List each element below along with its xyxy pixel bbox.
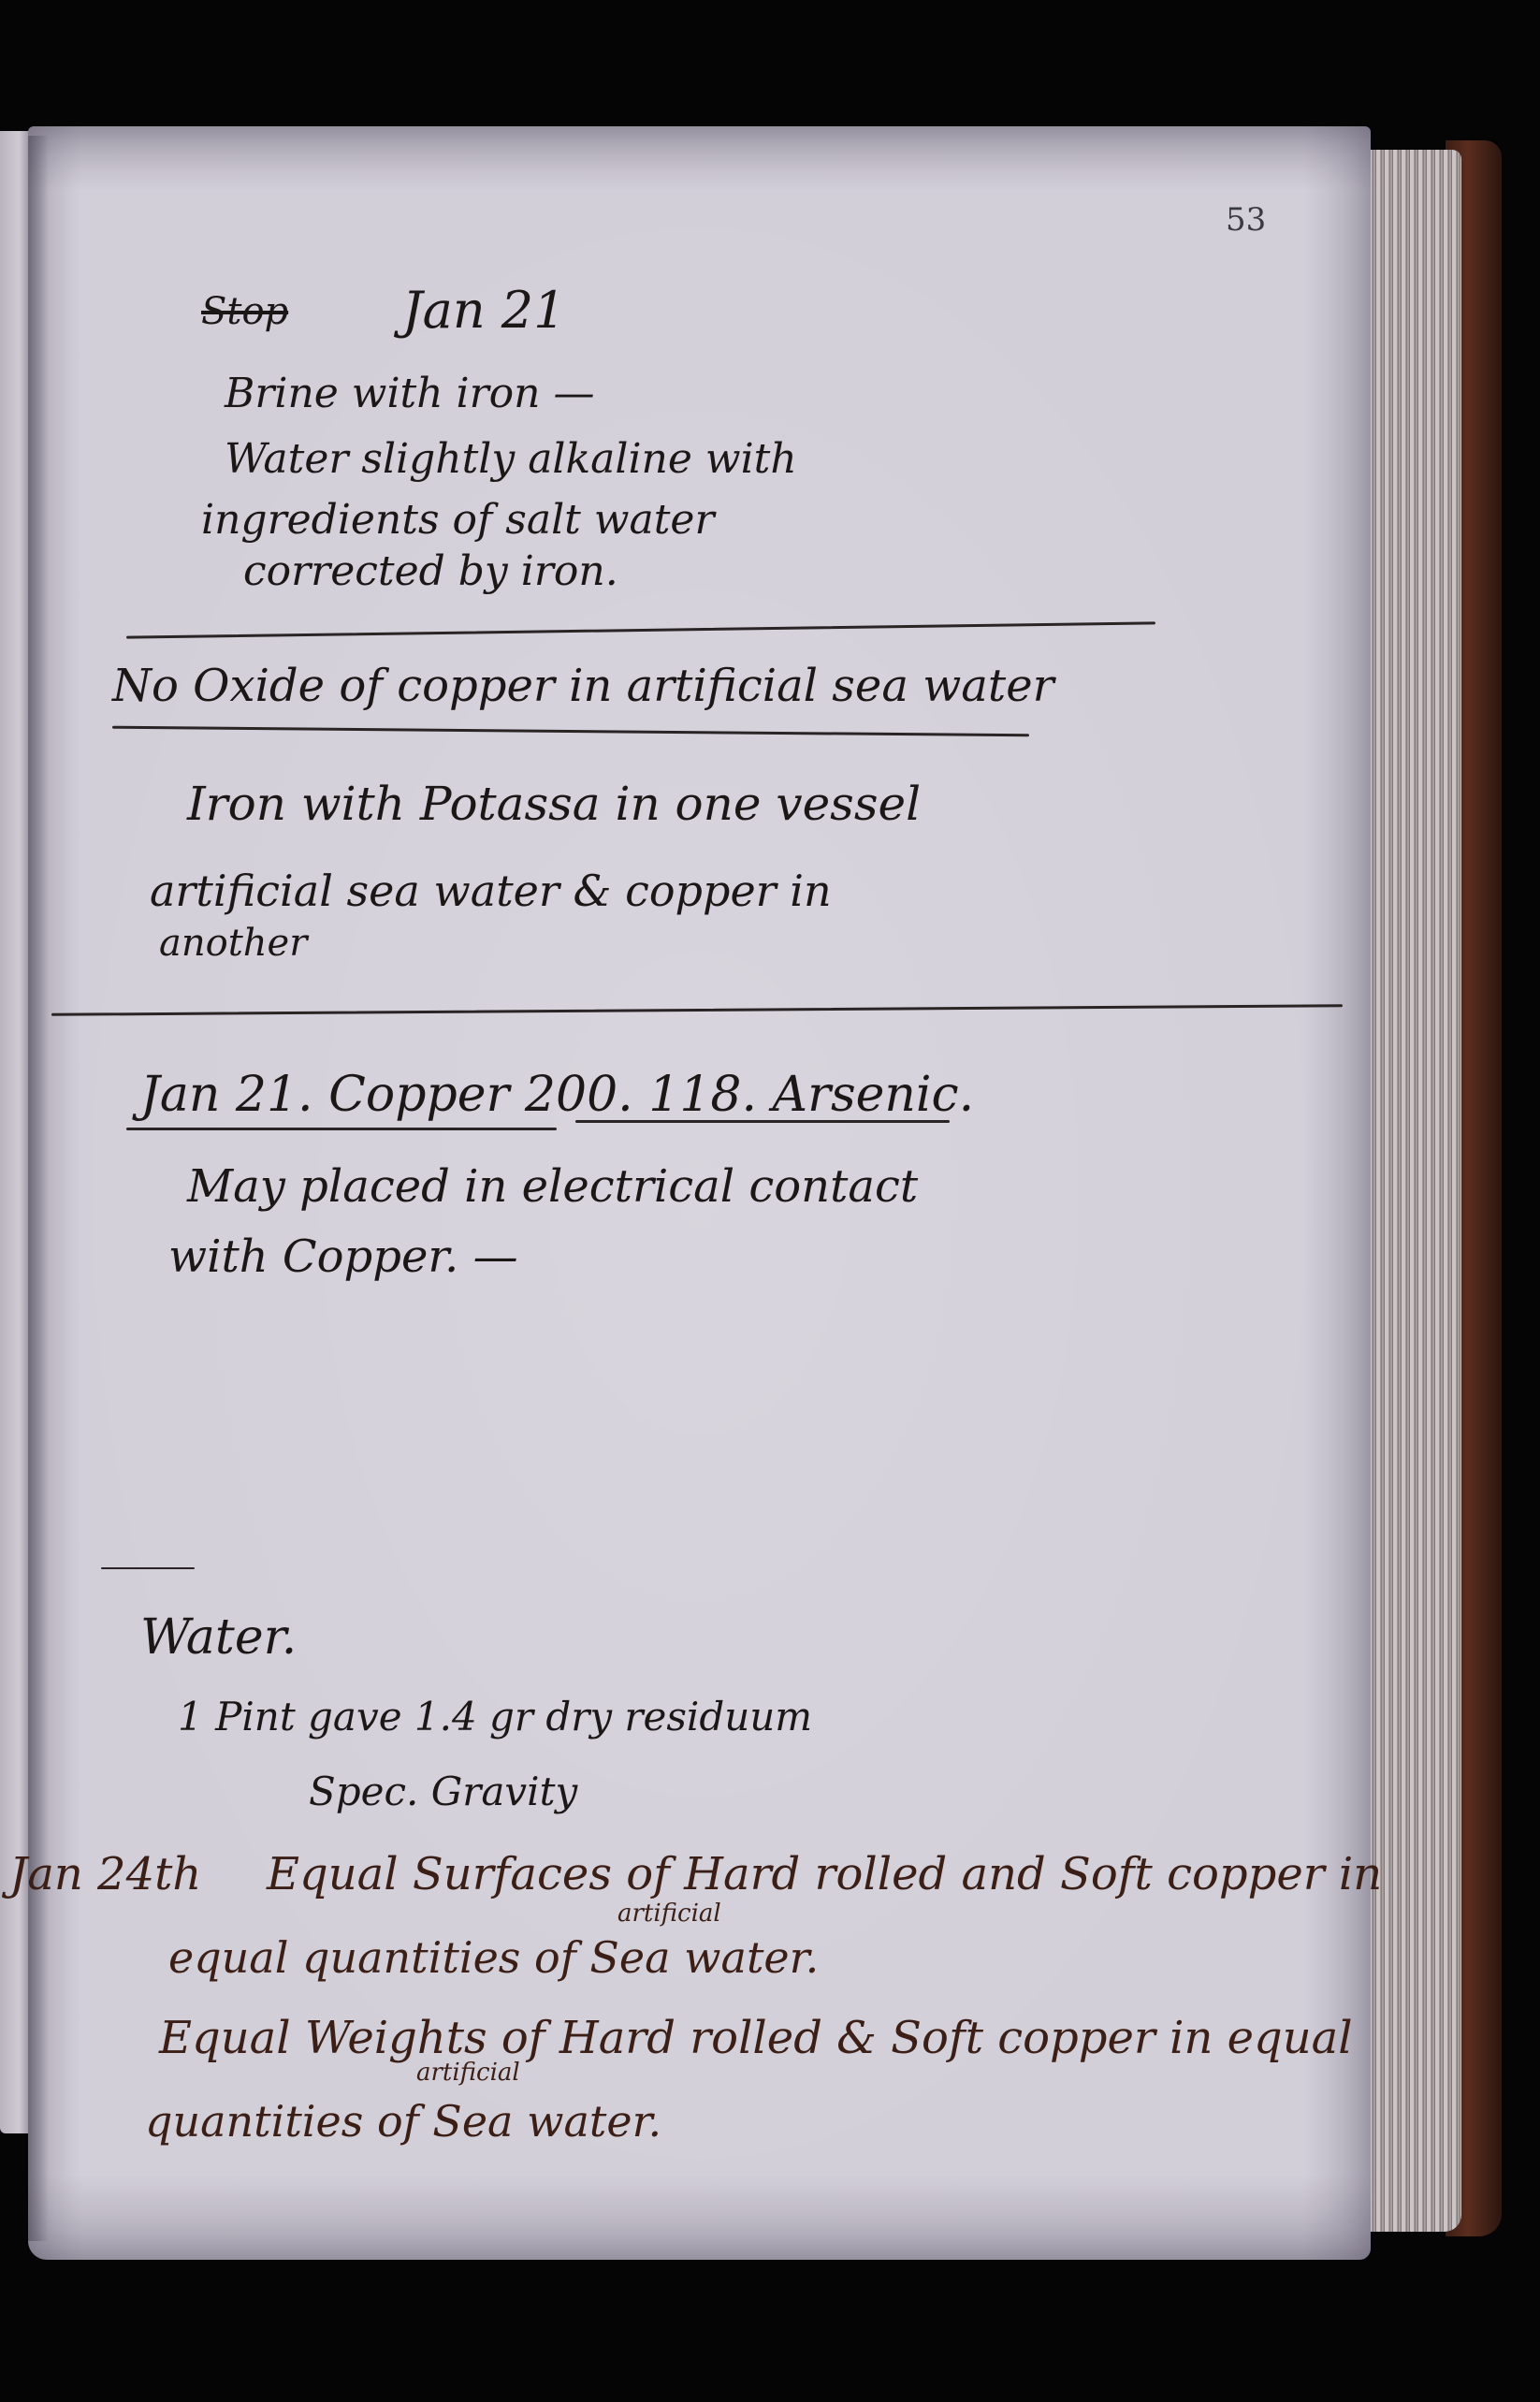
entry2-line: artificial sea water & copper in — [150, 866, 832, 916]
entry2-line: Iron with Potassa in one vessel — [187, 777, 921, 831]
entry1-date: Jan 21 — [402, 281, 566, 340]
underline — [126, 1128, 557, 1130]
entry4-line: Spec. Gravity — [309, 1769, 577, 1814]
entry5-line: Equal Surfaces of Hard rolled and Soft c… — [267, 1848, 1382, 1900]
entry2-line: another — [159, 922, 307, 965]
entry3-line: with Copper. — — [168, 1230, 518, 1283]
entry3-heading: Jan 21. Copper 200. 118. Arsenic. — [140, 1067, 974, 1123]
entry1-line: Brine with iron — — [225, 370, 594, 417]
entry3-line: May placed in electrical contact — [187, 1160, 918, 1213]
short-rule — [101, 1567, 195, 1569]
entry1-line: corrected by iron. — [243, 547, 618, 595]
inserted-word: artificial — [416, 2059, 520, 2087]
entry5-date: Jan 24th — [9, 1848, 201, 1900]
underline — [575, 1120, 950, 1123]
page-number: 53 — [1226, 201, 1266, 239]
entry1-line: ingredients of salt water — [201, 496, 714, 544]
entry1-line: Water slightly alkaline with — [225, 435, 797, 483]
entry4-title: Water. — [140, 1609, 297, 1666]
page-block-edges — [1368, 150, 1461, 2232]
entry4-line: 1 Pint gave 1.4 gr dry residuum — [178, 1694, 812, 1740]
entry5-line: quantities of Sea water. — [145, 2096, 661, 2147]
struck-word: Stop — [201, 290, 288, 333]
entry5-line: equal quantities of Sea water. — [168, 1932, 819, 1983]
gutter-shadow — [28, 136, 49, 2241]
entry5-line: Equal Weights of Hard rolled & Soft copp… — [159, 2012, 1353, 2064]
facing-page-edge — [0, 131, 32, 2133]
section-heading: No Oxide of copper in artificial sea wat… — [112, 660, 1054, 712]
inserted-word: artificial — [617, 1900, 721, 1928]
